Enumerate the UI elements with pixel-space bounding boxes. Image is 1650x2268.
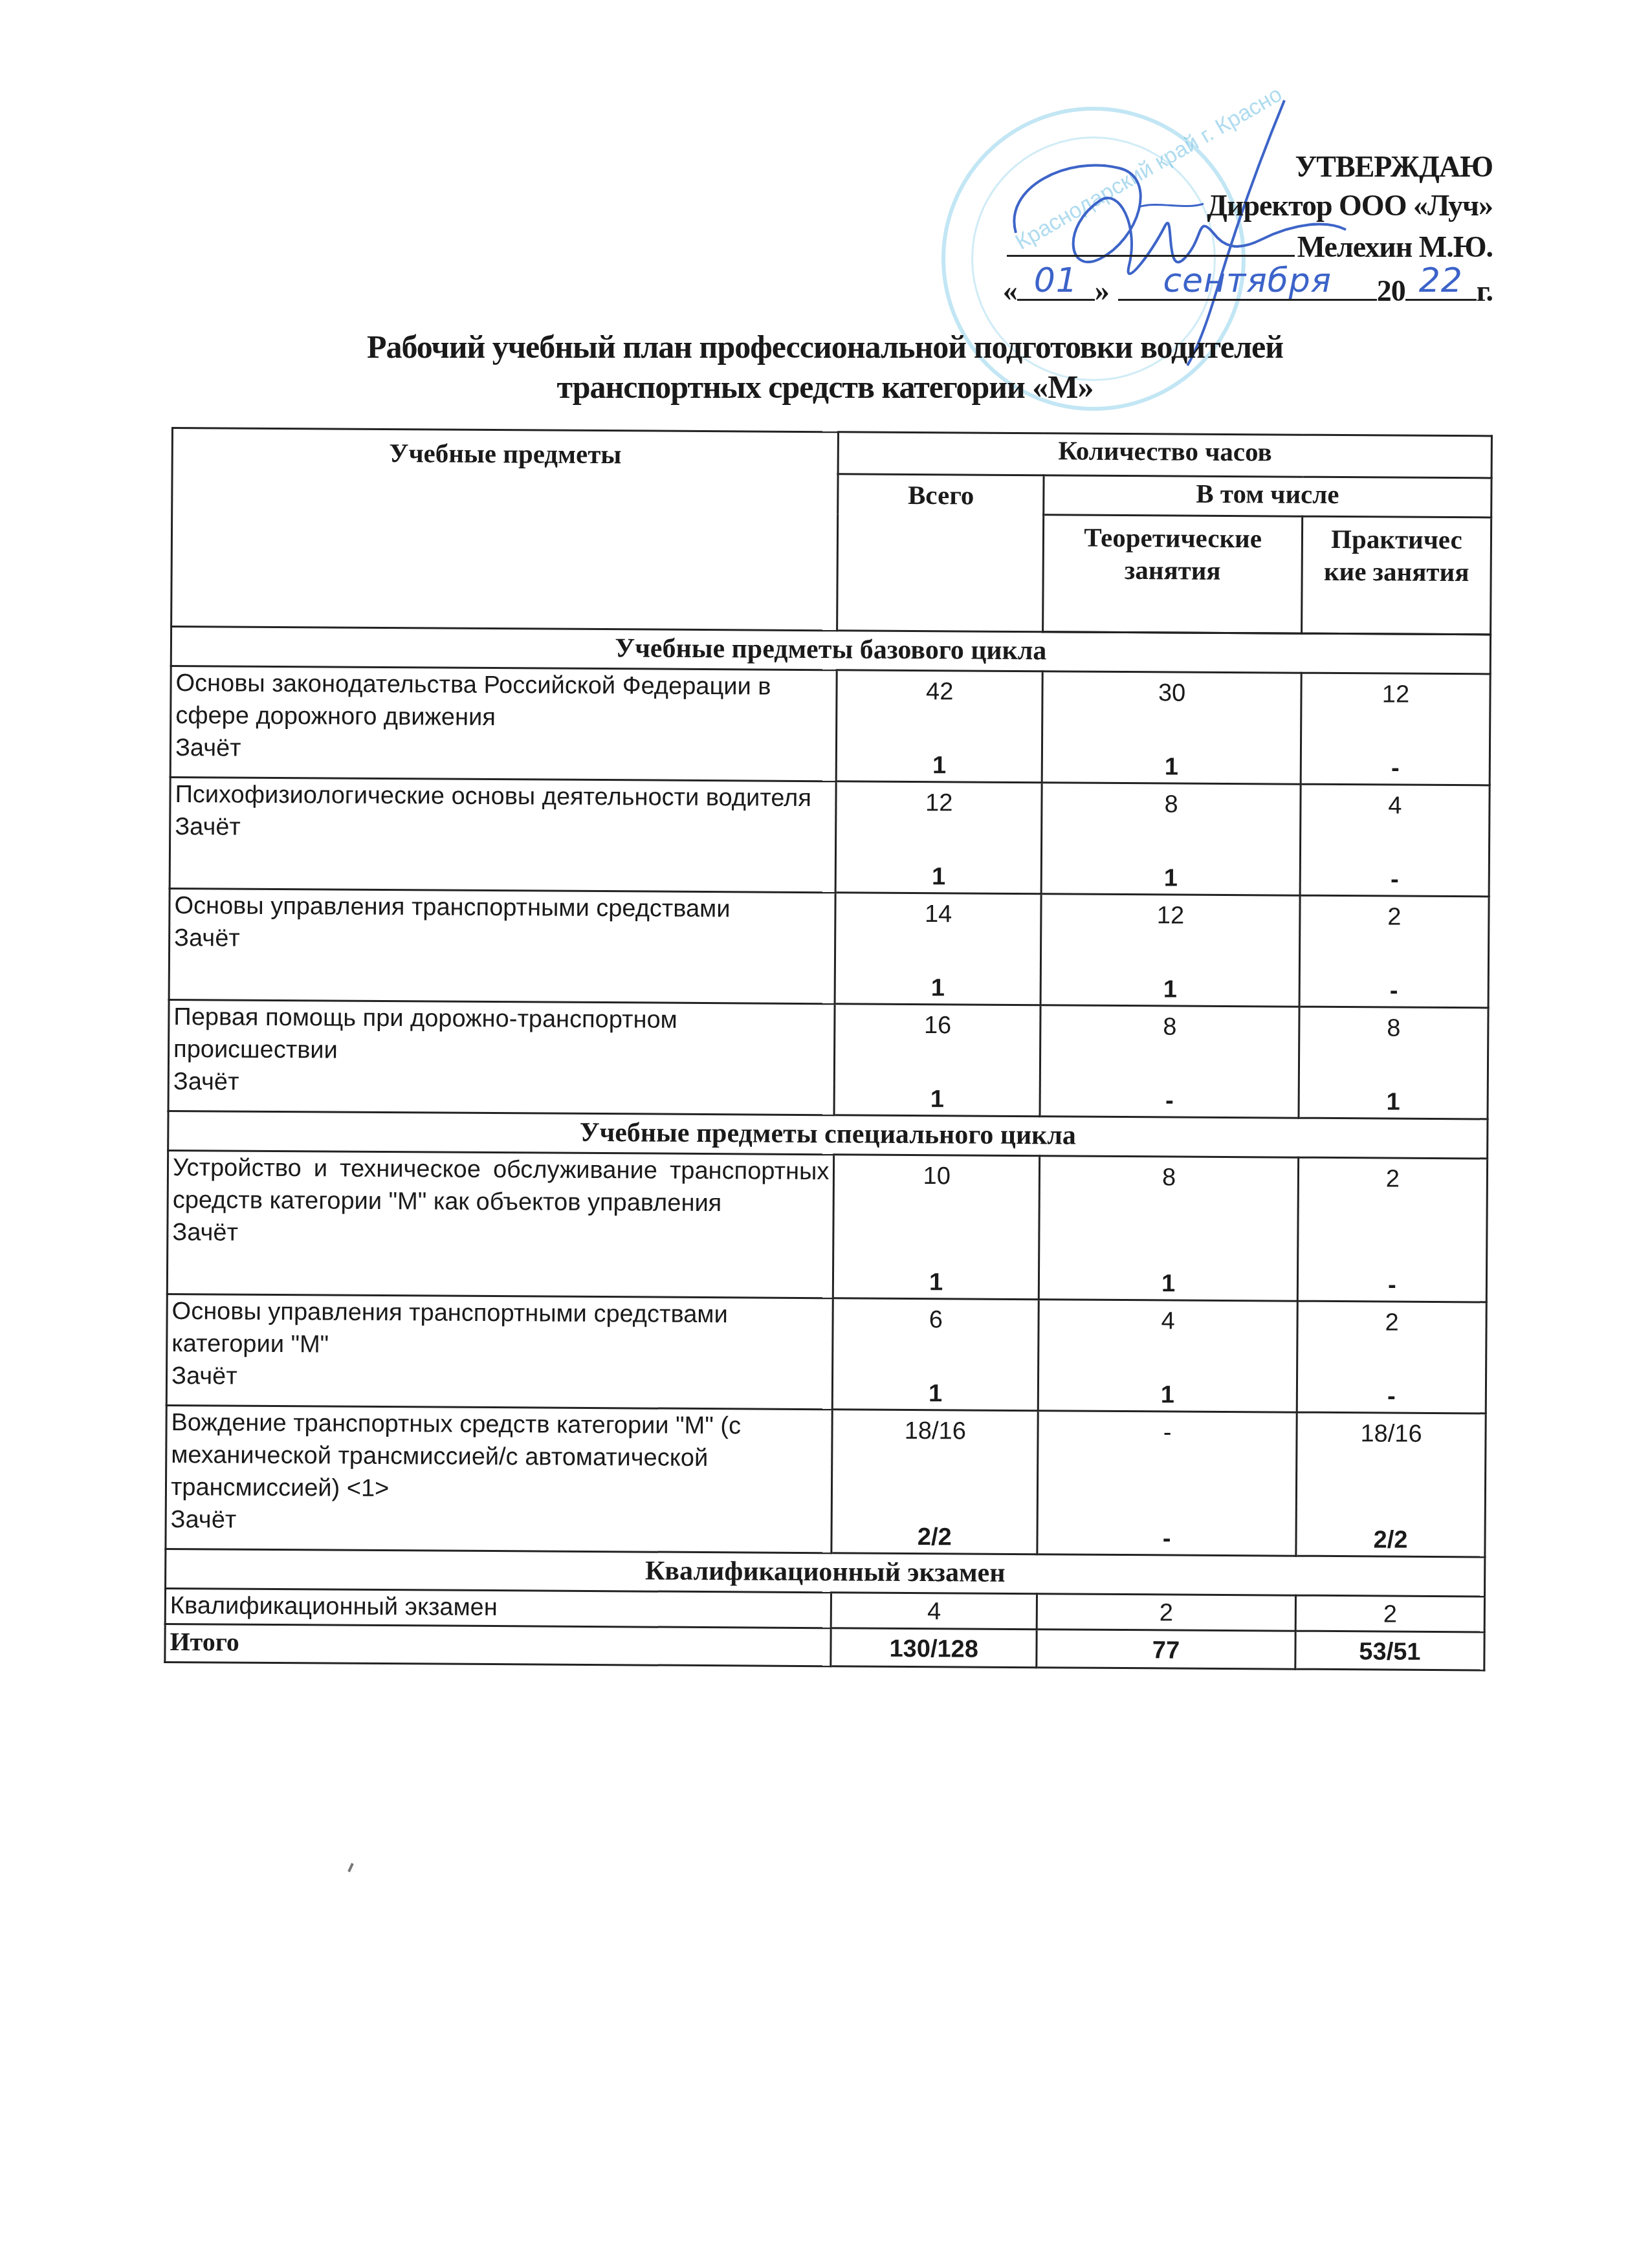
credit-practice-value: 1 [1300, 1087, 1487, 1117]
credit-total-value: 1 [833, 1379, 1037, 1408]
total-value: 42 [842, 671, 1038, 708]
subject-cell: Первая помощь при дорожно-транспортном п… [168, 999, 835, 1115]
credit-theory-value: - [1041, 1085, 1298, 1115]
subject-cell: Основы управления транспортными средства… [166, 1294, 833, 1409]
date-year-suffix: г. [1477, 274, 1493, 307]
practice-cell: 81 [1299, 1007, 1488, 1119]
total-value: 6 [838, 1299, 1034, 1336]
total-value: 14 [841, 893, 1037, 931]
theory-value: 8 [1045, 1006, 1294, 1043]
approval-signatory: Мелехин М.Ю. [1297, 230, 1493, 263]
practice-cell: 2 [1295, 1595, 1484, 1632]
theory-value: 30 [1048, 672, 1297, 710]
table-row: Основы управления транспортными средства… [166, 1294, 1486, 1413]
title-line-2: транспортных средств категории «М» [0, 367, 1650, 407]
subject-cell: Психофизиологические основы деятельности… [170, 777, 836, 892]
subject-cell: Основы законодательства Российской Федер… [170, 666, 837, 781]
total-value: 10 [839, 1155, 1035, 1193]
total-cell: 18/162/2 [831, 1410, 1038, 1554]
credit-practice-value: 2/2 [1297, 1525, 1484, 1555]
header-total: Всего [837, 474, 1044, 632]
credit-label: Зачёт [172, 1216, 829, 1252]
credit-total-value: 1 [834, 1267, 1038, 1297]
practice-value: 2 [1302, 1302, 1481, 1340]
credit-label: Зачёт [171, 1360, 828, 1396]
table-row: Психофизиологические основы деятельности… [170, 777, 1490, 896]
subject-cell: Устройство и техническое обслуживание тр… [167, 1150, 834, 1298]
total-value: 12 [841, 782, 1037, 820]
practice-cell: 18/162/2 [1296, 1412, 1486, 1557]
totals-row: Итого 130/128 77 53/51 [165, 1624, 1484, 1670]
theory-cell: 301 [1042, 671, 1301, 784]
subject-name: Первая помощь при дорожно-транспортном п… [173, 1001, 830, 1069]
practice-value: 18/16 [1301, 1413, 1480, 1451]
date-close-quote: » [1095, 274, 1109, 307]
table-row: Вождение транспортных средств категории … [166, 1405, 1486, 1556]
date-month-field: сентября [1118, 267, 1377, 301]
document-title: Рабочий учебный план профессиональной по… [0, 327, 1650, 407]
header-including: В том числе [1044, 475, 1491, 518]
credit-label: Зачёт [173, 1065, 830, 1102]
practice-cell: 2- [1297, 1157, 1487, 1302]
theory-cell: 2 [1037, 1594, 1295, 1631]
credit-total-value: 2/2 [833, 1522, 1037, 1552]
credit-total-value: 1 [837, 862, 1040, 891]
practice-value: 4 [1305, 785, 1484, 823]
header-theory: Теоретические занятия [1043, 515, 1303, 633]
practice-value: 2 [1303, 1159, 1482, 1196]
subject-name: Основы законодательства Российской Федер… [175, 667, 832, 736]
totals-theory: 77 [1037, 1630, 1295, 1669]
approval-block: УТВЕРЖДАЮ Директор ООО «Луч» Мелехин М.Ю… [1003, 147, 1493, 311]
header-subjects: Учебные предметы [171, 428, 839, 631]
date-day-value: 01 [1017, 261, 1095, 300]
total-cell: 61 [833, 1298, 1039, 1411]
subject-name: Основы управления транспортными средства… [174, 889, 831, 926]
subject-cell: Квалификационный экзамен [165, 1588, 831, 1628]
practice-value: 2 [1304, 897, 1484, 934]
theory-cell: 121 [1040, 894, 1300, 1007]
header-practice: Практичес кие занятия [1302, 516, 1491, 635]
curriculum-table: Учебные предметы Количество часов Всего … [164, 427, 1493, 1671]
subject-name: Психофизиологические основы деятельности… [175, 778, 831, 814]
credit-theory-value: 1 [1043, 752, 1300, 781]
subject-cell: Вождение транспортных средств категории … [166, 1405, 833, 1553]
subject-name: Вождение транспортных средств категории … [171, 1406, 828, 1507]
theory-cell: 41 [1038, 1300, 1297, 1412]
subject-cell: Основы управления транспортными средства… [169, 888, 835, 1003]
credit-total-value: 1 [835, 1084, 1039, 1114]
header-hours: Количество часов [838, 432, 1491, 478]
credit-theory-value: - [1039, 1523, 1295, 1553]
totals-total: 130/128 [831, 1628, 1037, 1668]
total-cell: 421 [837, 670, 1043, 783]
practice-value: 12 [1306, 674, 1485, 712]
totals-label: Итого [165, 1624, 831, 1666]
theory-value: 12 [1046, 895, 1295, 932]
practice-value: 8 [1304, 1008, 1483, 1045]
table-row: Основы управления транспортными средства… [169, 888, 1489, 1007]
table-row: Основы законодательства Российской Федер… [170, 666, 1490, 785]
date-year-value: 22 [1405, 261, 1477, 300]
theory-value: 8 [1044, 1157, 1293, 1194]
scan-speck [347, 1863, 354, 1872]
credit-total-value: 1 [837, 750, 1041, 780]
credit-practice-value: - [1298, 1382, 1485, 1412]
total-cell: 101 [833, 1155, 1040, 1300]
table-row: Устройство и техническое обслуживание тр… [167, 1150, 1487, 1302]
table-row: Первая помощь при дорожно-транспортном п… [168, 999, 1488, 1118]
approval-heading: УТВЕРЖДАЮ [1003, 147, 1493, 186]
credit-label: Зачёт [175, 732, 832, 768]
total-cell: 121 [835, 781, 1042, 894]
theory-value: 4 [1044, 1300, 1293, 1338]
total-value: 18/16 [837, 1410, 1033, 1448]
theory-value: - [1043, 1412, 1292, 1449]
credit-theory-value: 1 [1040, 1269, 1297, 1298]
subject-name: Устройство и техническое обслуживание тр… [173, 1151, 830, 1220]
credit-theory-value: 1 [1042, 974, 1299, 1004]
title-line-1: Рабочий учебный план профессиональной по… [0, 327, 1650, 367]
credit-practice-value: - [1301, 976, 1488, 1006]
credit-practice-value: - [1299, 1270, 1486, 1300]
total-cell: 4 [831, 1593, 1037, 1630]
subject-name: Основы управления транспортными средства… [171, 1295, 828, 1364]
credit-practice-value: - [1302, 754, 1489, 783]
credit-label: Зачёт [174, 922, 831, 958]
credit-total-value: 1 [836, 973, 1040, 1003]
practice-cell: 4- [1300, 784, 1490, 897]
theory-cell: 81 [1039, 1156, 1298, 1301]
theory-cell: 81 [1041, 783, 1301, 895]
theory-cell: 8- [1040, 1005, 1299, 1118]
approval-date: «01»сентября2022г. [1003, 267, 1493, 311]
date-open-quote: « [1003, 274, 1017, 307]
credit-theory-value: 1 [1042, 863, 1299, 893]
document-page: Краснодарский край г. Красно УТВЕРЖДАЮ Д… [0, 0, 1650, 2268]
theory-cell: -- [1037, 1411, 1297, 1556]
credit-practice-value: - [1301, 865, 1488, 895]
signature-line [1007, 225, 1295, 257]
date-year-prefix: 20 [1377, 274, 1405, 307]
credit-label: Зачёт [171, 1503, 828, 1540]
approval-signatory-line: Мелехин М.Ю. [1003, 225, 1493, 267]
date-day-field: 01 [1017, 267, 1095, 301]
total-cell: 141 [835, 893, 1041, 1005]
date-year-field: 22 [1405, 267, 1477, 301]
practice-cell: 12- [1301, 673, 1490, 785]
credit-theory-value: 1 [1039, 1380, 1296, 1410]
practice-cell: 2- [1299, 895, 1489, 1008]
credit-label: Зачёт [175, 811, 831, 847]
practice-cell: 2- [1297, 1301, 1486, 1413]
date-month-value: сентября [1118, 261, 1377, 300]
theory-value: 8 [1046, 783, 1295, 821]
approval-position: Директор ООО «Луч» [1003, 186, 1493, 225]
totals-practice: 53/51 [1295, 1631, 1484, 1670]
total-cell: 161 [834, 1004, 1040, 1117]
total-value: 16 [840, 1005, 1036, 1042]
